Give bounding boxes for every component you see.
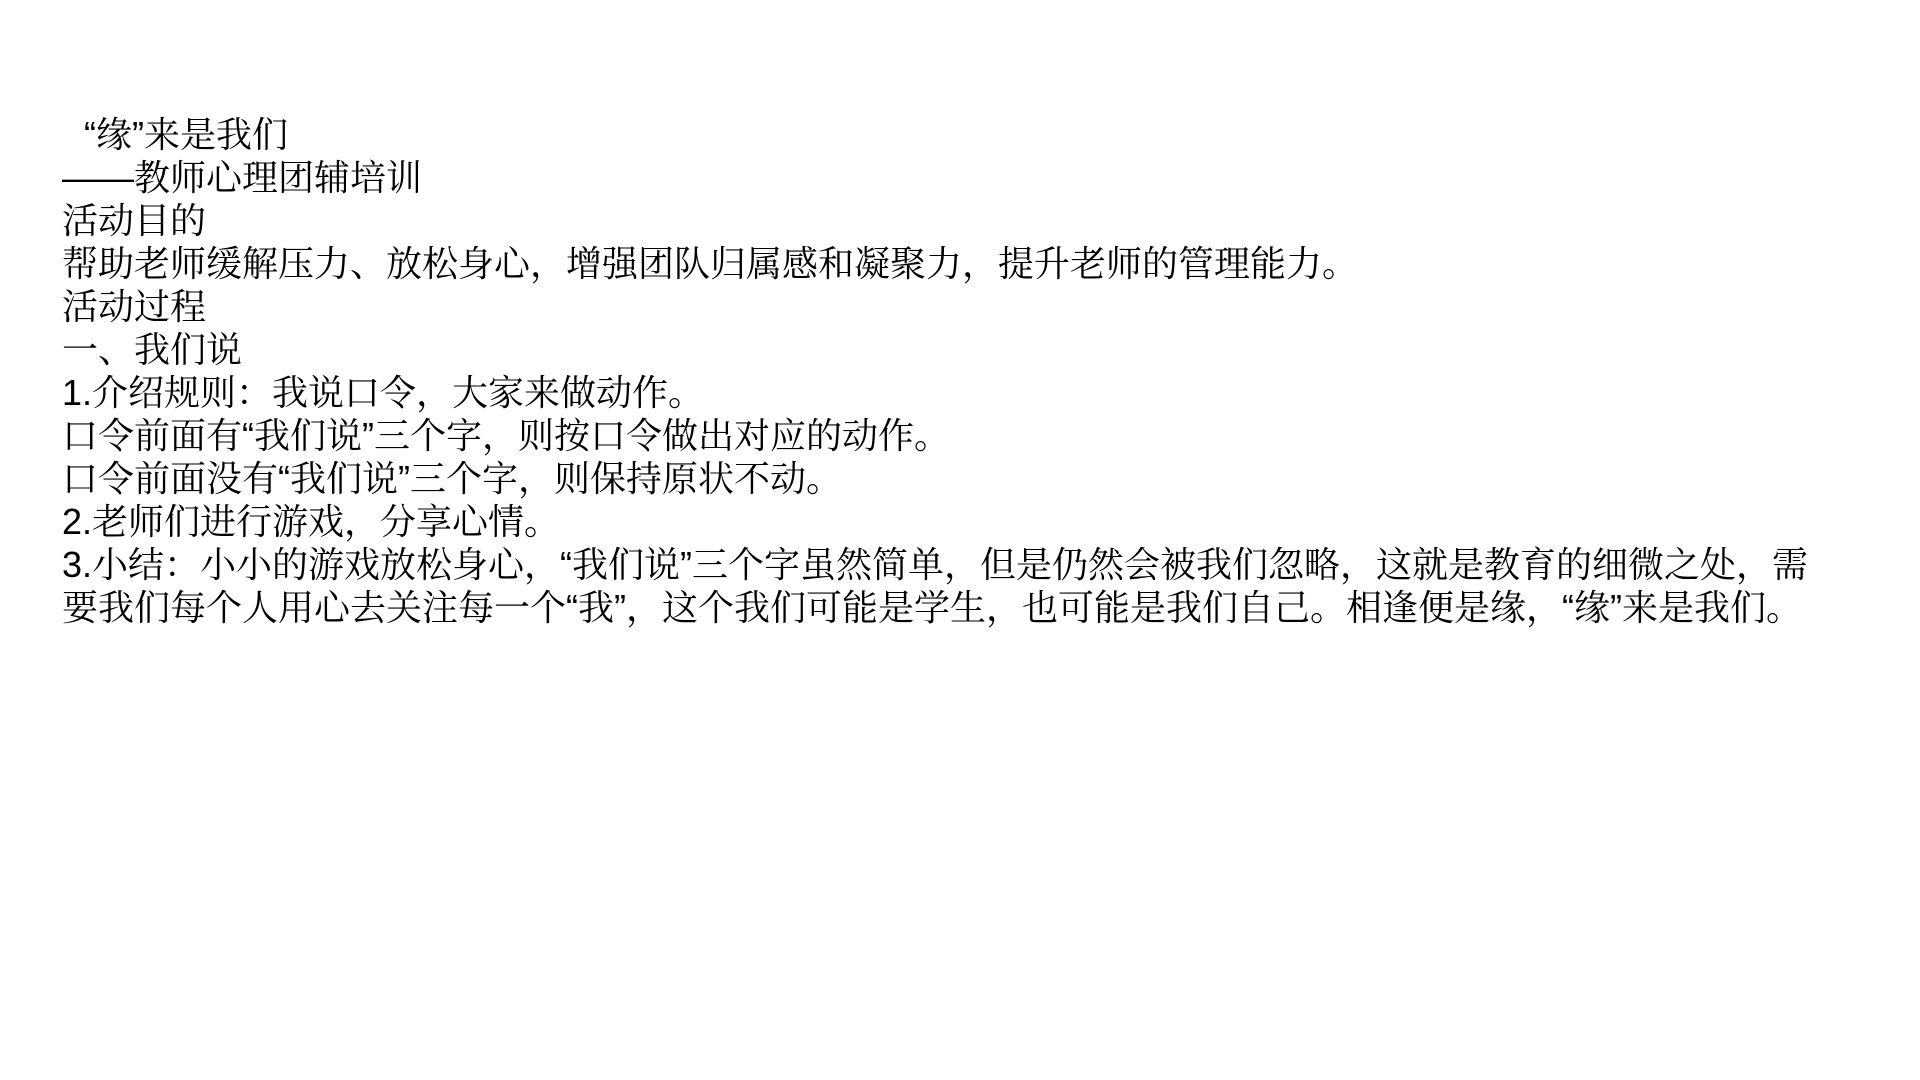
activity-purpose-body: 帮助老师缓解压力、放松身心，增强团队归属感和凝聚力，提升老师的管理能力。: [62, 242, 1882, 285]
document-page: “缘”来是我们 ——教师心理团辅培训 活动目的 帮助老师缓解压力、放松身心，增强…: [0, 0, 1920, 1080]
document-title: “缘”来是我们: [62, 113, 1882, 156]
step-2-play-game: 2.老师们进行游戏，分享心情。: [62, 500, 1882, 543]
step-1-introduce-rules: 1.介绍规则：我说口令，大家来做动作。: [62, 371, 1882, 414]
rule-command-with-prefix: 口令前面有“我们说”三个字，则按口令做出对应的动作。: [62, 414, 1882, 457]
heading-activity-purpose: 活动目的: [62, 199, 1882, 242]
document-subtitle: ——教师心理团辅培训: [62, 156, 1882, 199]
document-text-block: “缘”来是我们 ——教师心理团辅培训 活动目的 帮助老师缓解压力、放松身心，增强…: [62, 113, 1882, 629]
heading-activity-process: 活动过程: [62, 285, 1882, 328]
step-3-summary-line-1: 3.小结：小小的游戏放松身心，“我们说”三个字虽然简单，但是仍然会被我们忽略，这…: [62, 543, 1882, 586]
step-3-summary-line-2: 要我们每个人用心去关注每一个“我”，这个我们可能是学生，也可能是我们自己。相逢便…: [62, 586, 1882, 629]
activity-section-title: 一、我们说: [62, 328, 1882, 371]
rule-command-without-prefix: 口令前面没有“我们说”三个字，则保持原状不动。: [62, 457, 1882, 500]
